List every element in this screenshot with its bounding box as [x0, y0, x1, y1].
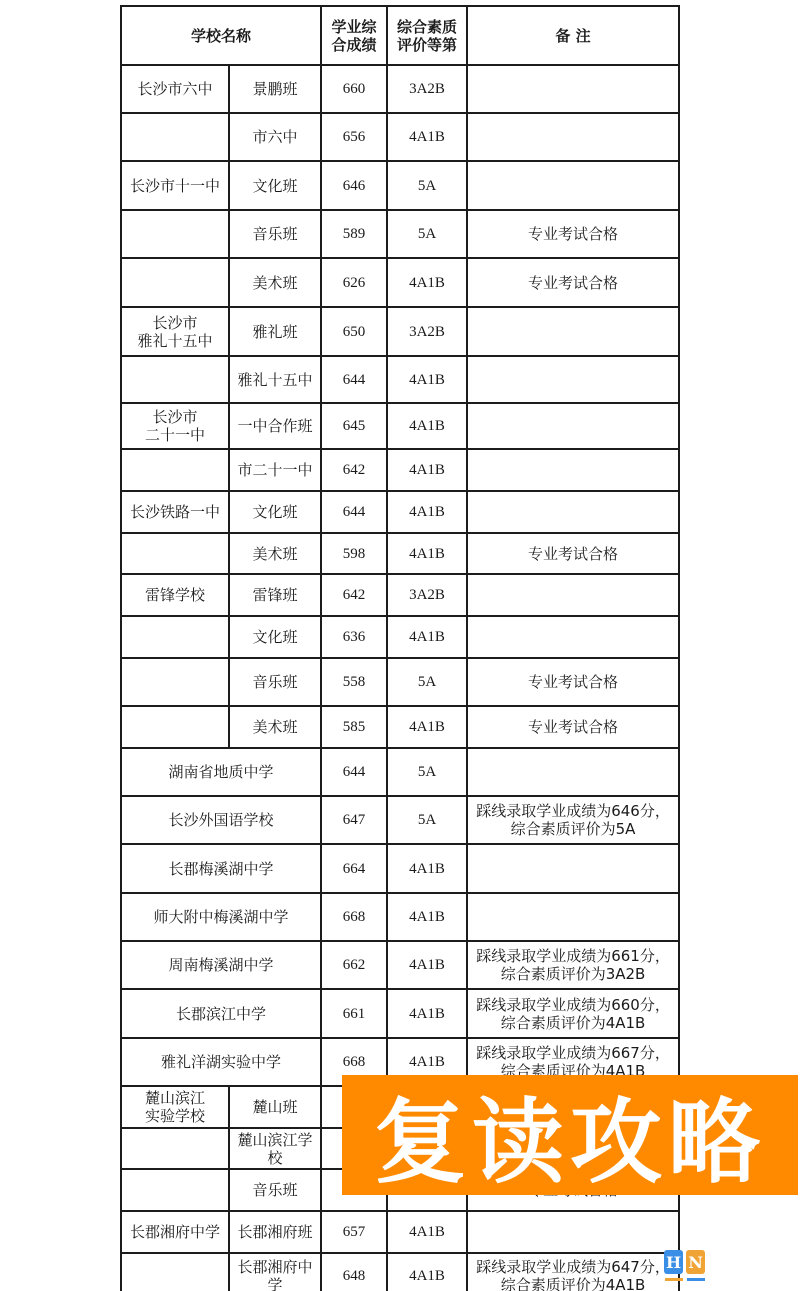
logo-underline [665, 1278, 683, 1281]
school-name-cell [121, 1128, 229, 1169]
class-name-cell: 麓山滨江学 校 [229, 1128, 321, 1169]
school-name-cell [121, 258, 229, 307]
class-name-cell: 麓山班 [229, 1086, 321, 1128]
school-name-cell: 长沙市 雅礼十五中 [121, 307, 229, 356]
logo-letter-h: H [664, 1250, 683, 1274]
remarks-cell [467, 574, 679, 616]
header-quality-grade: 综合素质 评价等第 [387, 6, 467, 65]
remarks-cell: 踩线录取学业成绩为646分， 综合素质评价为5A [467, 796, 679, 844]
class-name-cell: 美术班 [229, 533, 321, 574]
class-name-cell: 美术班 [229, 258, 321, 307]
table-row: 周南梅溪湖中学6624A1B踩线录取学业成绩为661分， 综合素质评价为3A2B [121, 941, 679, 989]
class-name-cell: 雅礼十五中 [229, 356, 321, 403]
table-row: 音乐班5585A专业考试合格 [121, 658, 679, 706]
academic-score-cell: 644 [321, 356, 387, 403]
quality-grade-cell: 4A1B [387, 356, 467, 403]
academic-score-cell: 660 [321, 65, 387, 113]
academic-score-cell: 668 [321, 893, 387, 941]
quality-grade-cell: 4A1B [387, 1253, 467, 1291]
remarks-cell: 专业考试合格 [467, 658, 679, 706]
academic-score-cell: 650 [321, 307, 387, 356]
class-name-cell: 一中合作班 [229, 403, 321, 449]
quality-grade-cell: 4A1B [387, 893, 467, 941]
remarks-cell: 专业考试合格 [467, 533, 679, 574]
quality-grade-cell: 4A1B [387, 941, 467, 989]
school-name-cell [121, 1169, 229, 1211]
quality-grade-cell: 4A1B [387, 403, 467, 449]
logo-letter-n: N [686, 1250, 705, 1274]
table-row: 长沙铁路一中文化班6444A1B [121, 491, 679, 533]
school-name-cell [121, 658, 229, 706]
school-name-cell: 雅礼洋湖实验中学 [121, 1038, 321, 1086]
table-row: 音乐班5895A专业考试合格 [121, 210, 679, 258]
academic-score-cell: 636 [321, 616, 387, 658]
academic-score-cell: 645 [321, 403, 387, 449]
table-row: 长沙市十一中文化班6465A [121, 161, 679, 210]
logo-underline [687, 1278, 705, 1281]
table-row: 雅礼十五中6444A1B [121, 356, 679, 403]
academic-score-cell: 661 [321, 989, 387, 1038]
table-row: 长沙外国语学校6475A踩线录取学业成绩为646分， 综合素质评价为5A [121, 796, 679, 844]
header-academic-score: 学业综 合成绩 [321, 6, 387, 65]
fudu-gonglue-banner: 复读攻略 [342, 1075, 798, 1195]
table-row: 市二十一中6424A1B [121, 449, 679, 491]
quality-grade-cell: 3A2B [387, 65, 467, 113]
table-row: 美术班5984A1B专业考试合格 [121, 533, 679, 574]
remarks-cell [467, 113, 679, 161]
remarks-cell [467, 748, 679, 796]
quality-grade-cell: 4A1B [387, 491, 467, 533]
academic-score-cell: 626 [321, 258, 387, 307]
school-name-cell: 长沙市六中 [121, 65, 229, 113]
remarks-cell: 踩线录取学业成绩为661分， 综合素质评价为3A2B [467, 941, 679, 989]
table-row: 长郡滨江中学6614A1B踩线录取学业成绩为660分， 综合素质评价为4A1B [121, 989, 679, 1038]
school-name-cell [121, 533, 229, 574]
school-name-cell: 长沙市十一中 [121, 161, 229, 210]
school-name-cell [121, 449, 229, 491]
quality-grade-cell: 5A [387, 658, 467, 706]
header-remarks: 备 注 [467, 6, 679, 65]
school-name-cell [121, 1253, 229, 1291]
remarks-cell: 专业考试合格 [467, 706, 679, 748]
remarks-cell [467, 161, 679, 210]
school-name-cell [121, 210, 229, 258]
class-name-cell: 音乐班 [229, 658, 321, 706]
school-name-cell: 长郡湘府中学 [121, 1211, 229, 1253]
table-row: 美术班6264A1B专业考试合格 [121, 258, 679, 307]
remarks-cell [467, 449, 679, 491]
academic-score-cell: 642 [321, 574, 387, 616]
class-name-cell: 音乐班 [229, 210, 321, 258]
table-row: 文化班6364A1B [121, 616, 679, 658]
class-name-cell: 文化班 [229, 491, 321, 533]
quality-grade-cell: 4A1B [387, 533, 467, 574]
quality-grade-cell: 4A1B [387, 258, 467, 307]
class-name-cell: 文化班 [229, 616, 321, 658]
quality-grade-cell: 5A [387, 161, 467, 210]
academic-score-cell: 589 [321, 210, 387, 258]
remarks-cell [467, 1211, 679, 1253]
quality-grade-cell: 4A1B [387, 449, 467, 491]
school-name-cell: 麓山滨江 实验学校 [121, 1086, 229, 1128]
remarks-cell [467, 893, 679, 941]
academic-score-cell: 644 [321, 748, 387, 796]
quality-grade-cell: 4A1B [387, 1211, 467, 1253]
academic-score-cell: 585 [321, 706, 387, 748]
class-name-cell: 雷锋班 [229, 574, 321, 616]
quality-grade-cell: 3A2B [387, 307, 467, 356]
hn-logo-icon: H N [664, 1250, 708, 1286]
table-row: 长郡湘府中学长郡湘府班6574A1B [121, 1211, 679, 1253]
academic-score-cell: 598 [321, 533, 387, 574]
academic-score-cell: 662 [321, 941, 387, 989]
remarks-cell [467, 356, 679, 403]
remarks-cell [467, 403, 679, 449]
table-row: 师大附中梅溪湖中学6684A1B [121, 893, 679, 941]
class-name-cell: 市六中 [229, 113, 321, 161]
header-row: 学校名称 学业综 合成绩 综合素质 评价等第 备 注 [121, 6, 679, 65]
school-name-cell [121, 356, 229, 403]
academic-score-cell: 642 [321, 449, 387, 491]
header-school-name: 学校名称 [121, 6, 321, 65]
quality-grade-cell: 4A1B [387, 844, 467, 893]
school-name-cell: 长沙市 二十一中 [121, 403, 229, 449]
quality-grade-cell: 4A1B [387, 989, 467, 1038]
quality-grade-cell: 4A1B [387, 113, 467, 161]
academic-score-cell: 647 [321, 796, 387, 844]
class-name-cell: 市二十一中 [229, 449, 321, 491]
academic-score-cell: 558 [321, 658, 387, 706]
remarks-cell [467, 307, 679, 356]
remarks-cell [467, 491, 679, 533]
class-name-cell: 美术班 [229, 706, 321, 748]
academic-score-cell: 664 [321, 844, 387, 893]
class-name-cell: 文化班 [229, 161, 321, 210]
quality-grade-cell: 5A [387, 748, 467, 796]
table-row: 美术班5854A1B专业考试合格 [121, 706, 679, 748]
class-name-cell: 长郡湘府中 学 [229, 1253, 321, 1291]
school-name-cell: 长沙外国语学校 [121, 796, 321, 844]
table-row: 长沙市 雅礼十五中雅礼班6503A2B [121, 307, 679, 356]
table-row: 湖南省地质中学6445A [121, 748, 679, 796]
school-name-cell: 师大附中梅溪湖中学 [121, 893, 321, 941]
class-name-cell: 景鹏班 [229, 65, 321, 113]
table-row: 市六中6564A1B [121, 113, 679, 161]
school-name-cell: 长沙铁路一中 [121, 491, 229, 533]
academic-score-cell: 646 [321, 161, 387, 210]
quality-grade-cell: 5A [387, 796, 467, 844]
remarks-cell: 专业考试合格 [467, 258, 679, 307]
remarks-cell: 踩线录取学业成绩为660分， 综合素质评价为4A1B [467, 989, 679, 1038]
school-name-cell: 长郡梅溪湖中学 [121, 844, 321, 893]
school-name-cell: 长郡滨江中学 [121, 989, 321, 1038]
table-row: 长郡梅溪湖中学6644A1B [121, 844, 679, 893]
school-name-cell [121, 616, 229, 658]
remarks-cell [467, 65, 679, 113]
remarks-cell [467, 844, 679, 893]
quality-grade-cell: 3A2B [387, 574, 467, 616]
class-name-cell: 长郡湘府班 [229, 1211, 321, 1253]
class-name-cell: 雅礼班 [229, 307, 321, 356]
quality-grade-cell: 4A1B [387, 616, 467, 658]
school-name-cell [121, 706, 229, 748]
academic-score-cell: 644 [321, 491, 387, 533]
quality-grade-cell: 5A [387, 210, 467, 258]
table-row: 长沙市 二十一中一中合作班6454A1B [121, 403, 679, 449]
remarks-cell: 专业考试合格 [467, 210, 679, 258]
academic-score-cell: 656 [321, 113, 387, 161]
class-name-cell: 音乐班 [229, 1169, 321, 1211]
table-row: 长郡湘府中 学6484A1B踩线录取学业成绩为647分， 综合素质评价为4A1B [121, 1253, 679, 1291]
academic-score-cell: 648 [321, 1253, 387, 1291]
school-name-cell [121, 113, 229, 161]
school-name-cell: 周南梅溪湖中学 [121, 941, 321, 989]
quality-grade-cell: 4A1B [387, 706, 467, 748]
remarks-cell [467, 616, 679, 658]
school-name-cell: 湖南省地质中学 [121, 748, 321, 796]
remarks-cell: 踩线录取学业成绩为647分， 综合素质评价为4A1B [467, 1253, 679, 1291]
table-row: 长沙市六中景鹏班6603A2B [121, 65, 679, 113]
academic-score-cell: 657 [321, 1211, 387, 1253]
table-row: 雷锋学校雷锋班6423A2B [121, 574, 679, 616]
school-name-cell: 雷锋学校 [121, 574, 229, 616]
